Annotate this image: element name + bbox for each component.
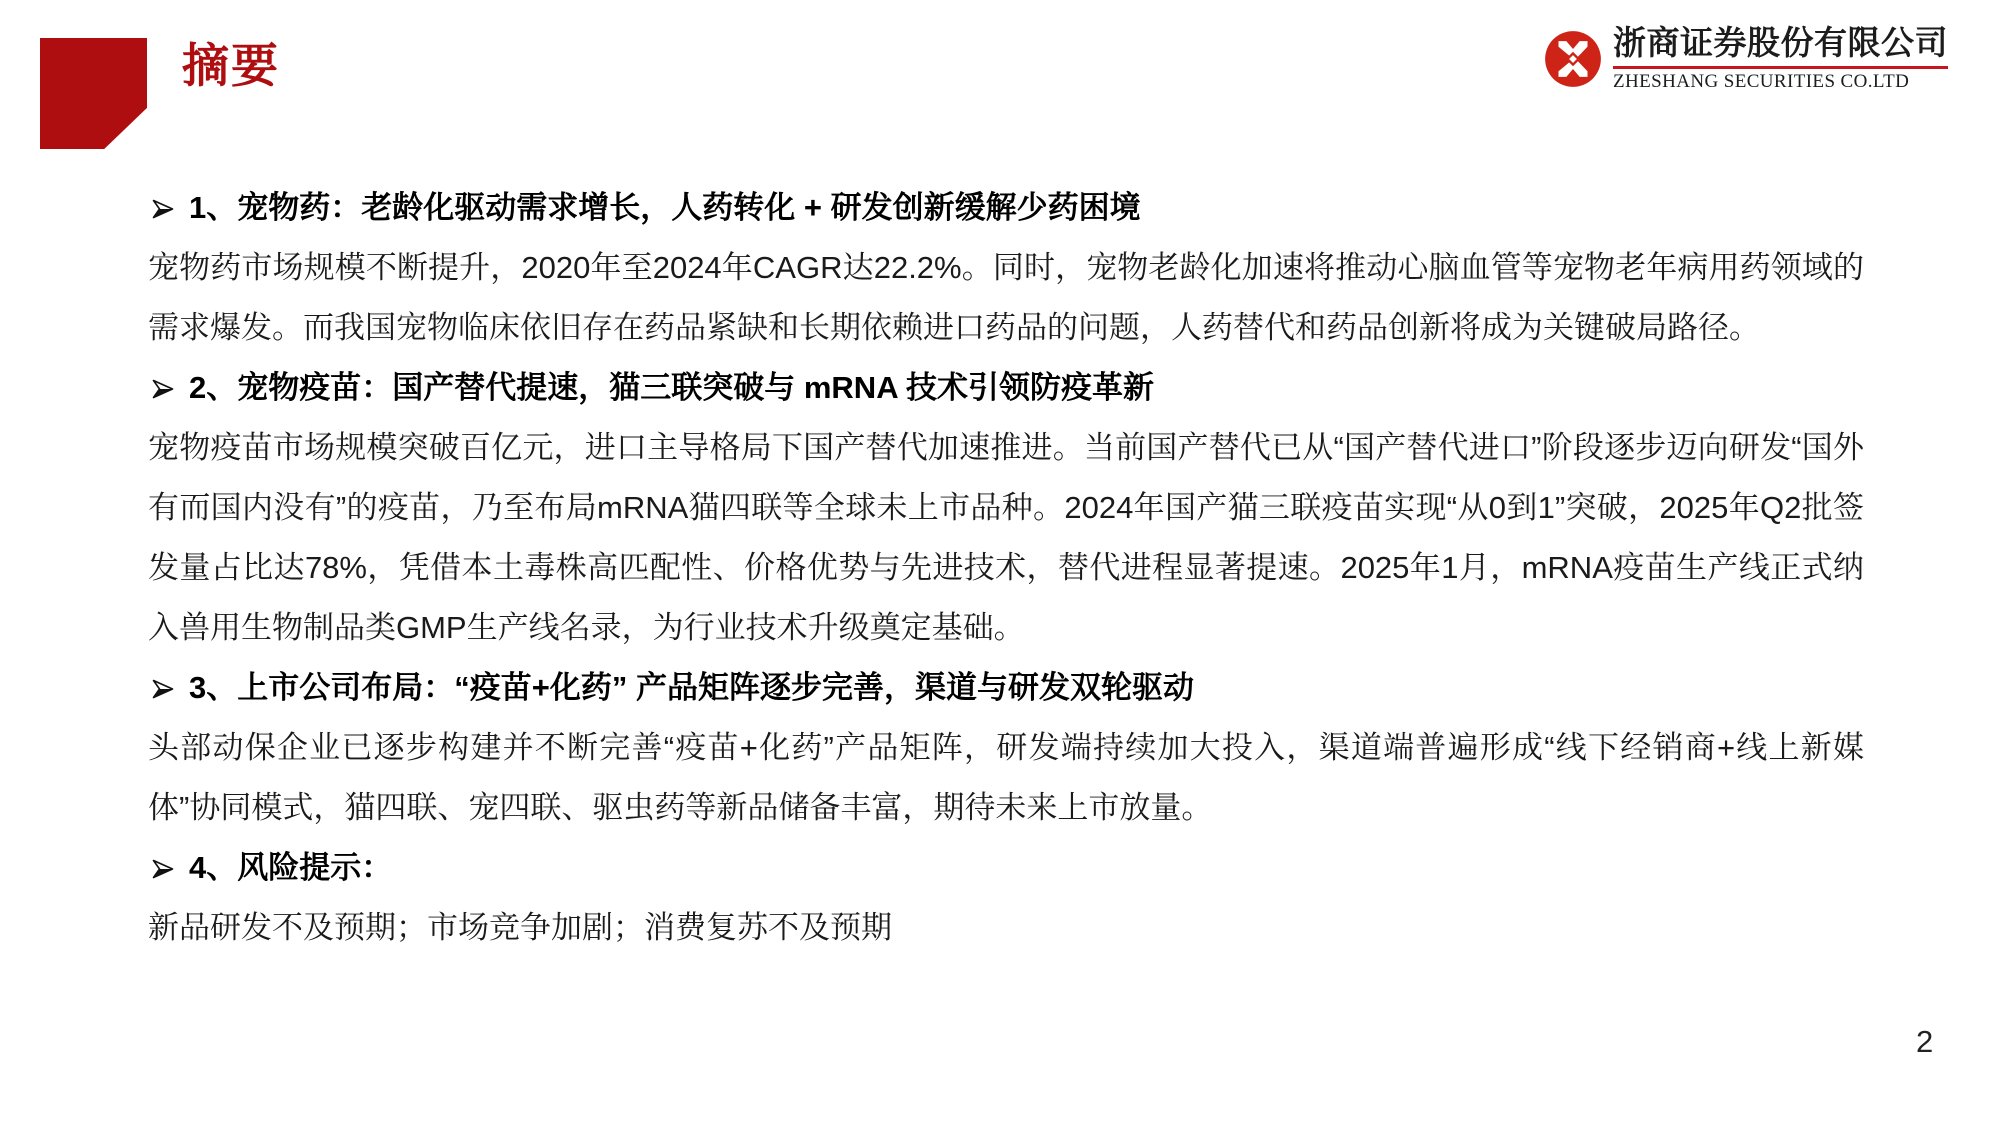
slide-page: 摘要 浙商证券股份有限公司 ZHESHANG SECURITIES CO.LTD — [0, 0, 2000, 1125]
summary-item-2: 2、宠物疫苗：国产替代提速，猫三联突破与 mRNA 技术引领防疫革新 宠物疫苗市… — [148, 358, 1864, 658]
arrow-bullet-icon — [150, 180, 176, 202]
summary-item-heading: 2、宠物疫苗：国产替代提速，猫三联突破与 mRNA 技术引领防疫革新 — [148, 358, 1864, 418]
page-number: 2 — [1916, 1024, 1933, 1060]
summary-item-body: 宠物药市场规模不断提升，2020年至2024年CAGR达22.2%。同时，宠物老… — [148, 238, 1864, 358]
summary-heading-text: 3、上市公司布局：“疫苗+化药” 产品矩阵逐步完善，渠道与研发双轮驱动 — [189, 670, 1194, 705]
summary-item-heading: 4、风险提示： — [148, 838, 1864, 898]
arrow-bullet-icon — [150, 660, 176, 682]
summary-heading-text: 1、宠物药：老龄化驱动需求增长，人药转化 + 研发创新缓解少药困境 — [189, 190, 1141, 225]
page-title: 摘要 — [182, 38, 280, 94]
zheshang-logo-icon — [1544, 30, 1602, 88]
company-logo: 浙商证券股份有限公司 ZHESHANG SECURITIES CO.LTD — [1544, 26, 1948, 93]
corner-accent-shape — [40, 38, 147, 149]
summary-item-1: 1、宠物药：老龄化驱动需求增长，人药转化 + 研发创新缓解少药困境 宠物药市场规… — [148, 178, 1864, 358]
company-name-en: ZHESHANG SECURITIES CO.LTD — [1613, 71, 1948, 93]
summary-item-4: 4、风险提示： 新品研发不及预期；市场竞争加剧；消费复苏不及预期 — [148, 838, 1864, 958]
summary-heading-text: 2、宠物疫苗：国产替代提速，猫三联突破与 mRNA 技术引领防疫革新 — [189, 370, 1154, 405]
summary-heading-text: 4、风险提示： — [189, 850, 392, 885]
summary-content: 1、宠物药：老龄化驱动需求增长，人药转化 + 研发创新缓解少药困境 宠物药市场规… — [148, 178, 1864, 958]
logo-divider — [1613, 66, 1948, 69]
arrow-bullet-icon — [150, 360, 176, 382]
summary-item-heading: 3、上市公司布局：“疫苗+化药” 产品矩阵逐步完善，渠道与研发双轮驱动 — [148, 658, 1864, 718]
summary-item-body: 头部动保企业已逐步构建并不断完善“疫苗+化药”产品矩阵，研发端持续加大投入，渠道… — [148, 718, 1864, 838]
logo-text-block: 浙商证券股份有限公司 ZHESHANG SECURITIES CO.LTD — [1613, 26, 1948, 93]
summary-item-heading: 1、宠物药：老龄化驱动需求增长，人药转化 + 研发创新缓解少药困境 — [148, 178, 1864, 238]
summary-item-body: 新品研发不及预期；市场竞争加剧；消费复苏不及预期 — [148, 898, 1864, 958]
summary-item-body: 宠物疫苗市场规模突破百亿元，进口主导格局下国产替代加速推进。当前国产替代已从“国… — [148, 418, 1864, 658]
summary-item-3: 3、上市公司布局：“疫苗+化药” 产品矩阵逐步完善，渠道与研发双轮驱动 头部动保… — [148, 658, 1864, 838]
company-name-cn: 浙商证券股份有限公司 — [1613, 26, 1948, 64]
arrow-bullet-icon — [150, 840, 176, 862]
